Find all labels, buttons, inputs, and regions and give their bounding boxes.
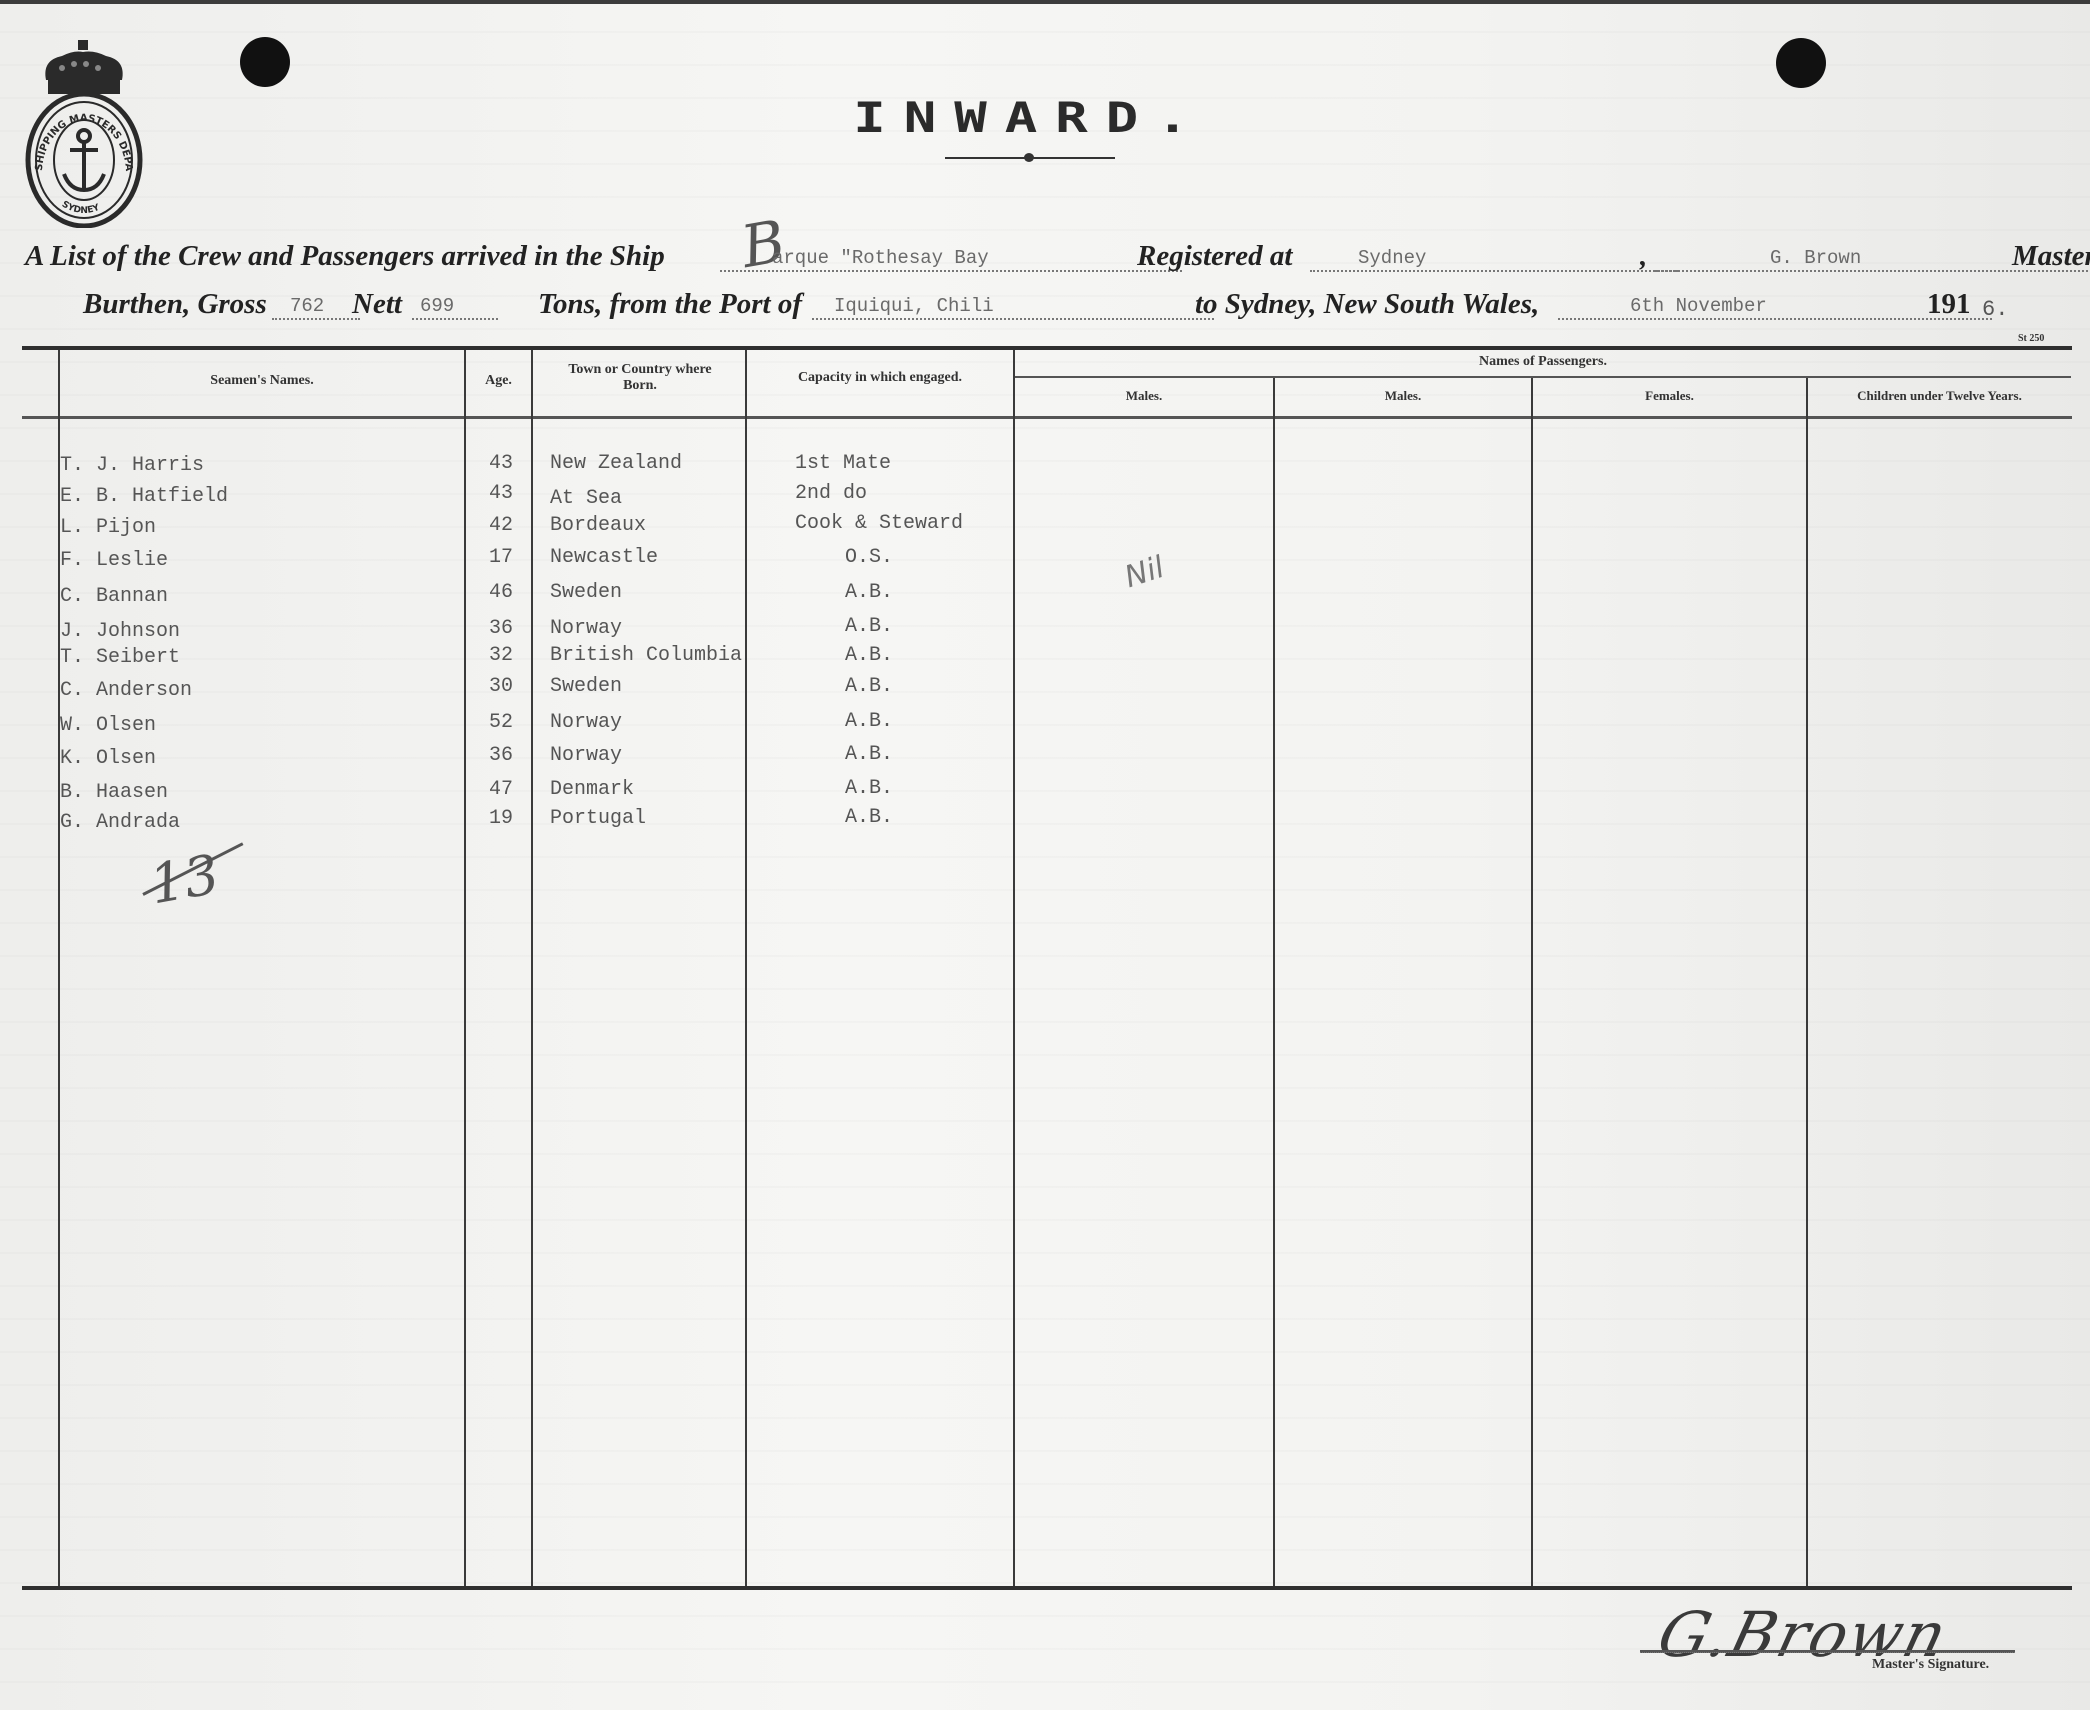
seaman-name: T. Seibert: [60, 645, 180, 671]
signature-label: Master's Signature.: [1872, 1657, 1989, 1673]
column-line-males2-females: [1531, 378, 1533, 1586]
header-seamens-names: Seamen's Names.: [60, 373, 464, 389]
gross-tons-field: 762: [272, 294, 360, 320]
port-from-field: Iquiqui, Chili: [812, 294, 1214, 320]
seaman-birthplace: New Zealand: [550, 451, 682, 477]
column-line-name-age: [464, 350, 466, 1586]
seaman-name: J. Johnson: [60, 619, 180, 645]
seaman-capacity: A.B.: [845, 643, 893, 669]
seaman-capacity: A.B.: [845, 742, 893, 768]
seaman-name: B. Haasen: [60, 780, 168, 806]
header-age: Age.: [466, 373, 531, 389]
page-title: INWARD.: [780, 93, 1280, 142]
seaman-name: C. Anderson: [60, 678, 192, 704]
seaman-capacity: A.B.: [845, 580, 893, 606]
seaman-name: K. Olsen: [60, 746, 156, 772]
seaman-birthplace: Denmark: [550, 777, 634, 803]
seaman-age: 32: [489, 643, 513, 669]
crown-icon: [45, 40, 122, 94]
seaman-name: F. Leslie: [60, 548, 168, 574]
seaman-birthplace: Newcastle: [550, 545, 658, 571]
anchor-icon: [64, 130, 104, 190]
seaman-capacity: A.B.: [845, 776, 893, 802]
header-males-2: Males.: [1275, 388, 1531, 404]
year-prefix: 191: [1927, 288, 1971, 321]
seaman-age: 17: [489, 545, 513, 571]
seaman-name: L. Pijon: [60, 515, 156, 541]
seaman-capacity: A.B.: [845, 709, 893, 735]
scan-top-edge: [0, 0, 2090, 4]
table-header-bottom-rule: [22, 416, 2072, 419]
ship-name-field: arque "Rothesay Bay: [720, 246, 1182, 272]
title-underline-ornament: [1024, 153, 1034, 162]
shipping-masters-department-emblem: SHIPPING MASTERS DEPARTMENT SYDNEY: [22, 38, 147, 228]
seaman-name: T. J. Harris: [60, 453, 204, 479]
registered-at-field: Sydney: [1310, 246, 1678, 272]
column-line-capacity-passengers: [1013, 350, 1015, 1586]
punch-hole-right: [1776, 38, 1826, 88]
year-suffix: 6.: [1982, 297, 2008, 322]
seaman-birthplace: Norway: [550, 743, 622, 769]
passengers-subheader-rule: [1013, 376, 2071, 378]
seaman-birthplace: Norway: [550, 616, 622, 642]
seaman-capacity: A.B.: [845, 674, 893, 700]
seaman-birthplace: Sweden: [550, 580, 622, 606]
seaman-age: 42: [489, 513, 513, 539]
column-line-town-capacity: [745, 350, 747, 1586]
signature-line: [1640, 1650, 2015, 1653]
label-burthen-gross: Burthen, Gross: [83, 288, 267, 321]
label-nett: Nett: [352, 288, 402, 321]
seaman-name: G. Andrada: [60, 810, 180, 836]
seaman-birthplace: At Sea: [550, 486, 622, 512]
header-males: Males.: [1015, 388, 1273, 404]
seaman-birthplace: Sweden: [550, 674, 622, 700]
form-number: St 250: [2018, 333, 2044, 344]
crew-count-handwritten: 13: [145, 843, 224, 917]
label-tons-from-port: Tons, from the Port of: [538, 288, 802, 321]
seaman-age: 30: [489, 674, 513, 700]
header-children: Children under Twelve Years.: [1808, 388, 2071, 404]
label-to-sydney: to Sydney, New South Wales,: [1195, 288, 1539, 321]
label-registered-at: Registered at: [1137, 240, 1292, 273]
seaman-age: 36: [489, 616, 513, 642]
seaman-name: W. Olsen: [60, 713, 156, 739]
column-line-males-males2: [1273, 378, 1275, 1586]
seaman-age: 43: [489, 451, 513, 477]
seaman-birthplace: Bordeaux: [550, 513, 646, 539]
seaman-birthplace: Portugal: [550, 806, 646, 832]
seaman-age: 19: [489, 806, 513, 832]
seaman-age: 46: [489, 580, 513, 606]
seaman-name: C. Bannan: [60, 584, 168, 610]
seaman-capacity: Cook & Steward: [795, 511, 963, 537]
nett-tons-field: 699: [412, 294, 498, 320]
seaman-capacity: A.B.: [845, 805, 893, 831]
seaman-capacity: A.B.: [845, 614, 893, 640]
header-town-country: Town or Country where Born.: [560, 362, 720, 394]
seaman-capacity: O.S.: [845, 545, 893, 571]
punch-hole-left: [240, 37, 290, 87]
header-females: Females.: [1533, 388, 1806, 404]
seaman-capacity: 1st Mate: [795, 451, 891, 477]
label-list-of-crew: A List of the Crew and Passengers arrive…: [25, 240, 665, 273]
seaman-age: 47: [489, 777, 513, 803]
comma: ,: [1640, 240, 1647, 273]
table-top-rule: [22, 346, 2072, 350]
seaman-age: 43: [489, 481, 513, 507]
seaman-age: 52: [489, 710, 513, 736]
seaman-birthplace: British Columbia: [550, 643, 742, 669]
header-capacity: Capacity in which engaged.: [747, 370, 1013, 386]
seaman-name: E. B. Hatfield: [60, 484, 228, 510]
seaman-birthplace: Norway: [550, 710, 622, 736]
header-names-of-passengers: Names of Passengers.: [1015, 354, 2071, 370]
column-line-age-town: [531, 350, 533, 1586]
seaman-age: 36: [489, 743, 513, 769]
seaman-capacity: 2nd do: [795, 481, 867, 507]
column-line-females-children: [1806, 378, 1808, 1586]
label-master: Master,: [2012, 240, 2090, 273]
table-bottom-rule: [22, 1586, 2072, 1590]
